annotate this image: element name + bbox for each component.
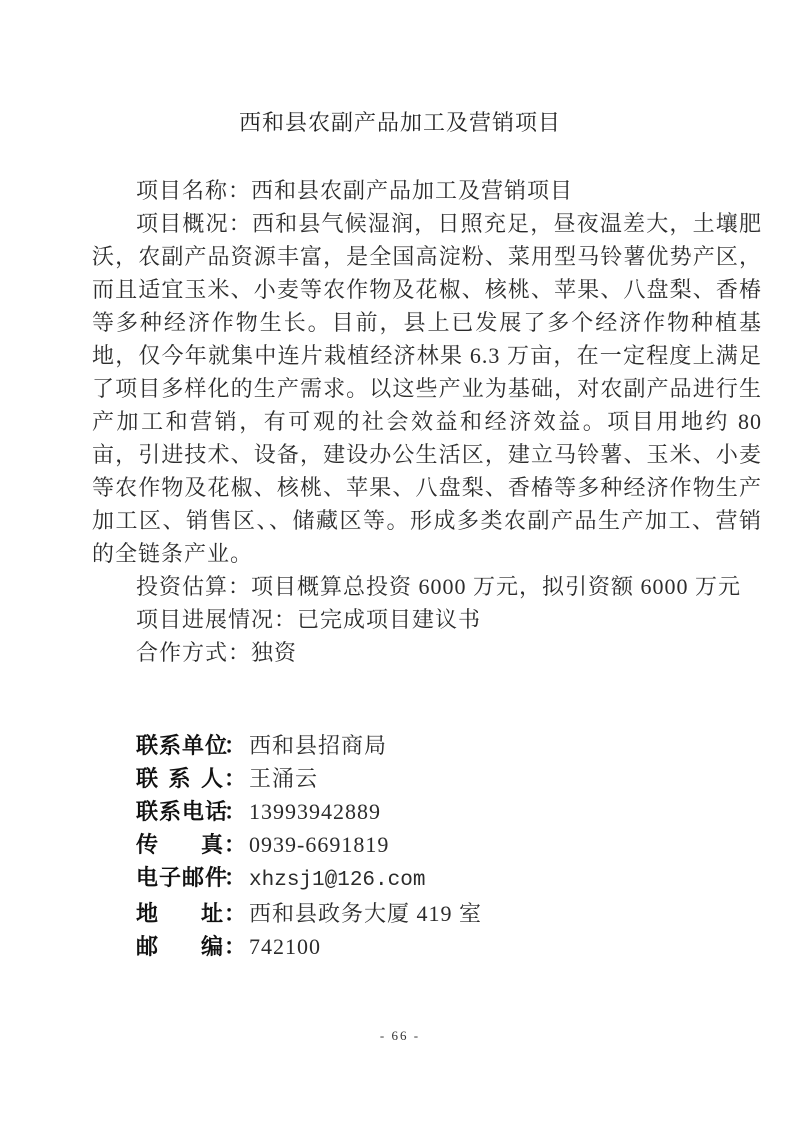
document-title: 西和县农副产品加工及营销项目 [0,106,800,139]
contact-row-address: 地址：西和县政务大厦 419 室 [136,897,762,930]
contact-label-unit: 联系单位 [136,729,224,762]
contact-colon: ： [224,901,247,926]
contact-colon: ： [224,865,247,890]
contact-value-phone: 13993942889 [249,799,381,824]
contact-label-phone: 联系电话 [136,795,224,828]
contact-row-unit: 联系单位：西和县招商局 [136,729,762,762]
contact-colon: ： [224,934,247,959]
contact-label-postcode: 邮编 [136,930,224,963]
contact-row-phone: 联系电话：13993942889 [136,795,762,828]
contact-row-email: 电子邮件：xhzsj1@126.com [136,861,762,897]
contact-value-email: xhzsj1@126.com [249,869,425,892]
contact-row-person: 联系人：王涌云 [136,762,762,795]
contact-label-address: 地址 [136,897,224,930]
contact-row-postcode: 邮编：742100 [136,930,762,963]
page-number: - 66 - [0,1028,800,1044]
contact-colon: ： [224,733,247,758]
contact-value-person: 王涌云 [249,766,318,791]
contact-label-person: 联系人 [136,762,224,795]
contact-value-postcode: 742100 [249,934,321,959]
project-progress-line: 项目进展情况：已完成项目建议书 [92,603,762,636]
document-body: 项目名称：西和县农副产品加工及营销项目 项目概况：西和县气候湿润，日照充足，昼夜… [92,174,762,963]
project-name-line: 项目名称：西和县农副产品加工及营销项目 [92,174,762,207]
contact-value-unit: 西和县招商局 [249,733,387,758]
contact-colon: ： [224,832,247,857]
contact-colon: ： [224,766,247,791]
contact-label-email: 电子邮件 [136,861,224,894]
contact-label-fax: 传真 [136,828,224,861]
contact-colon: ： [224,799,247,824]
contact-row-fax: 传真：0939-6691819 [136,828,762,861]
investment-estimate-line: 投资估算：项目概算总投资 6000 万元，拟引资额 6000 万元 [92,570,762,603]
cooperation-mode-line: 合作方式：独资 [92,636,762,669]
contact-block: 联系单位：西和县招商局 联系人：王涌云 联系电话：13993942889 传真：… [92,729,762,963]
contact-value-address: 西和县政务大厦 419 室 [249,901,482,926]
project-overview-paragraph: 项目概况：西和县气候湿润，日照充足，昼夜温差大，土壤肥沃，农副产品资源丰富，是全… [92,207,762,570]
document-page: 西和县农副产品加工及营销项目 项目名称：西和县农副产品加工及营销项目 项目概况：… [0,0,800,1131]
contact-value-fax: 0939-6691819 [249,832,389,857]
